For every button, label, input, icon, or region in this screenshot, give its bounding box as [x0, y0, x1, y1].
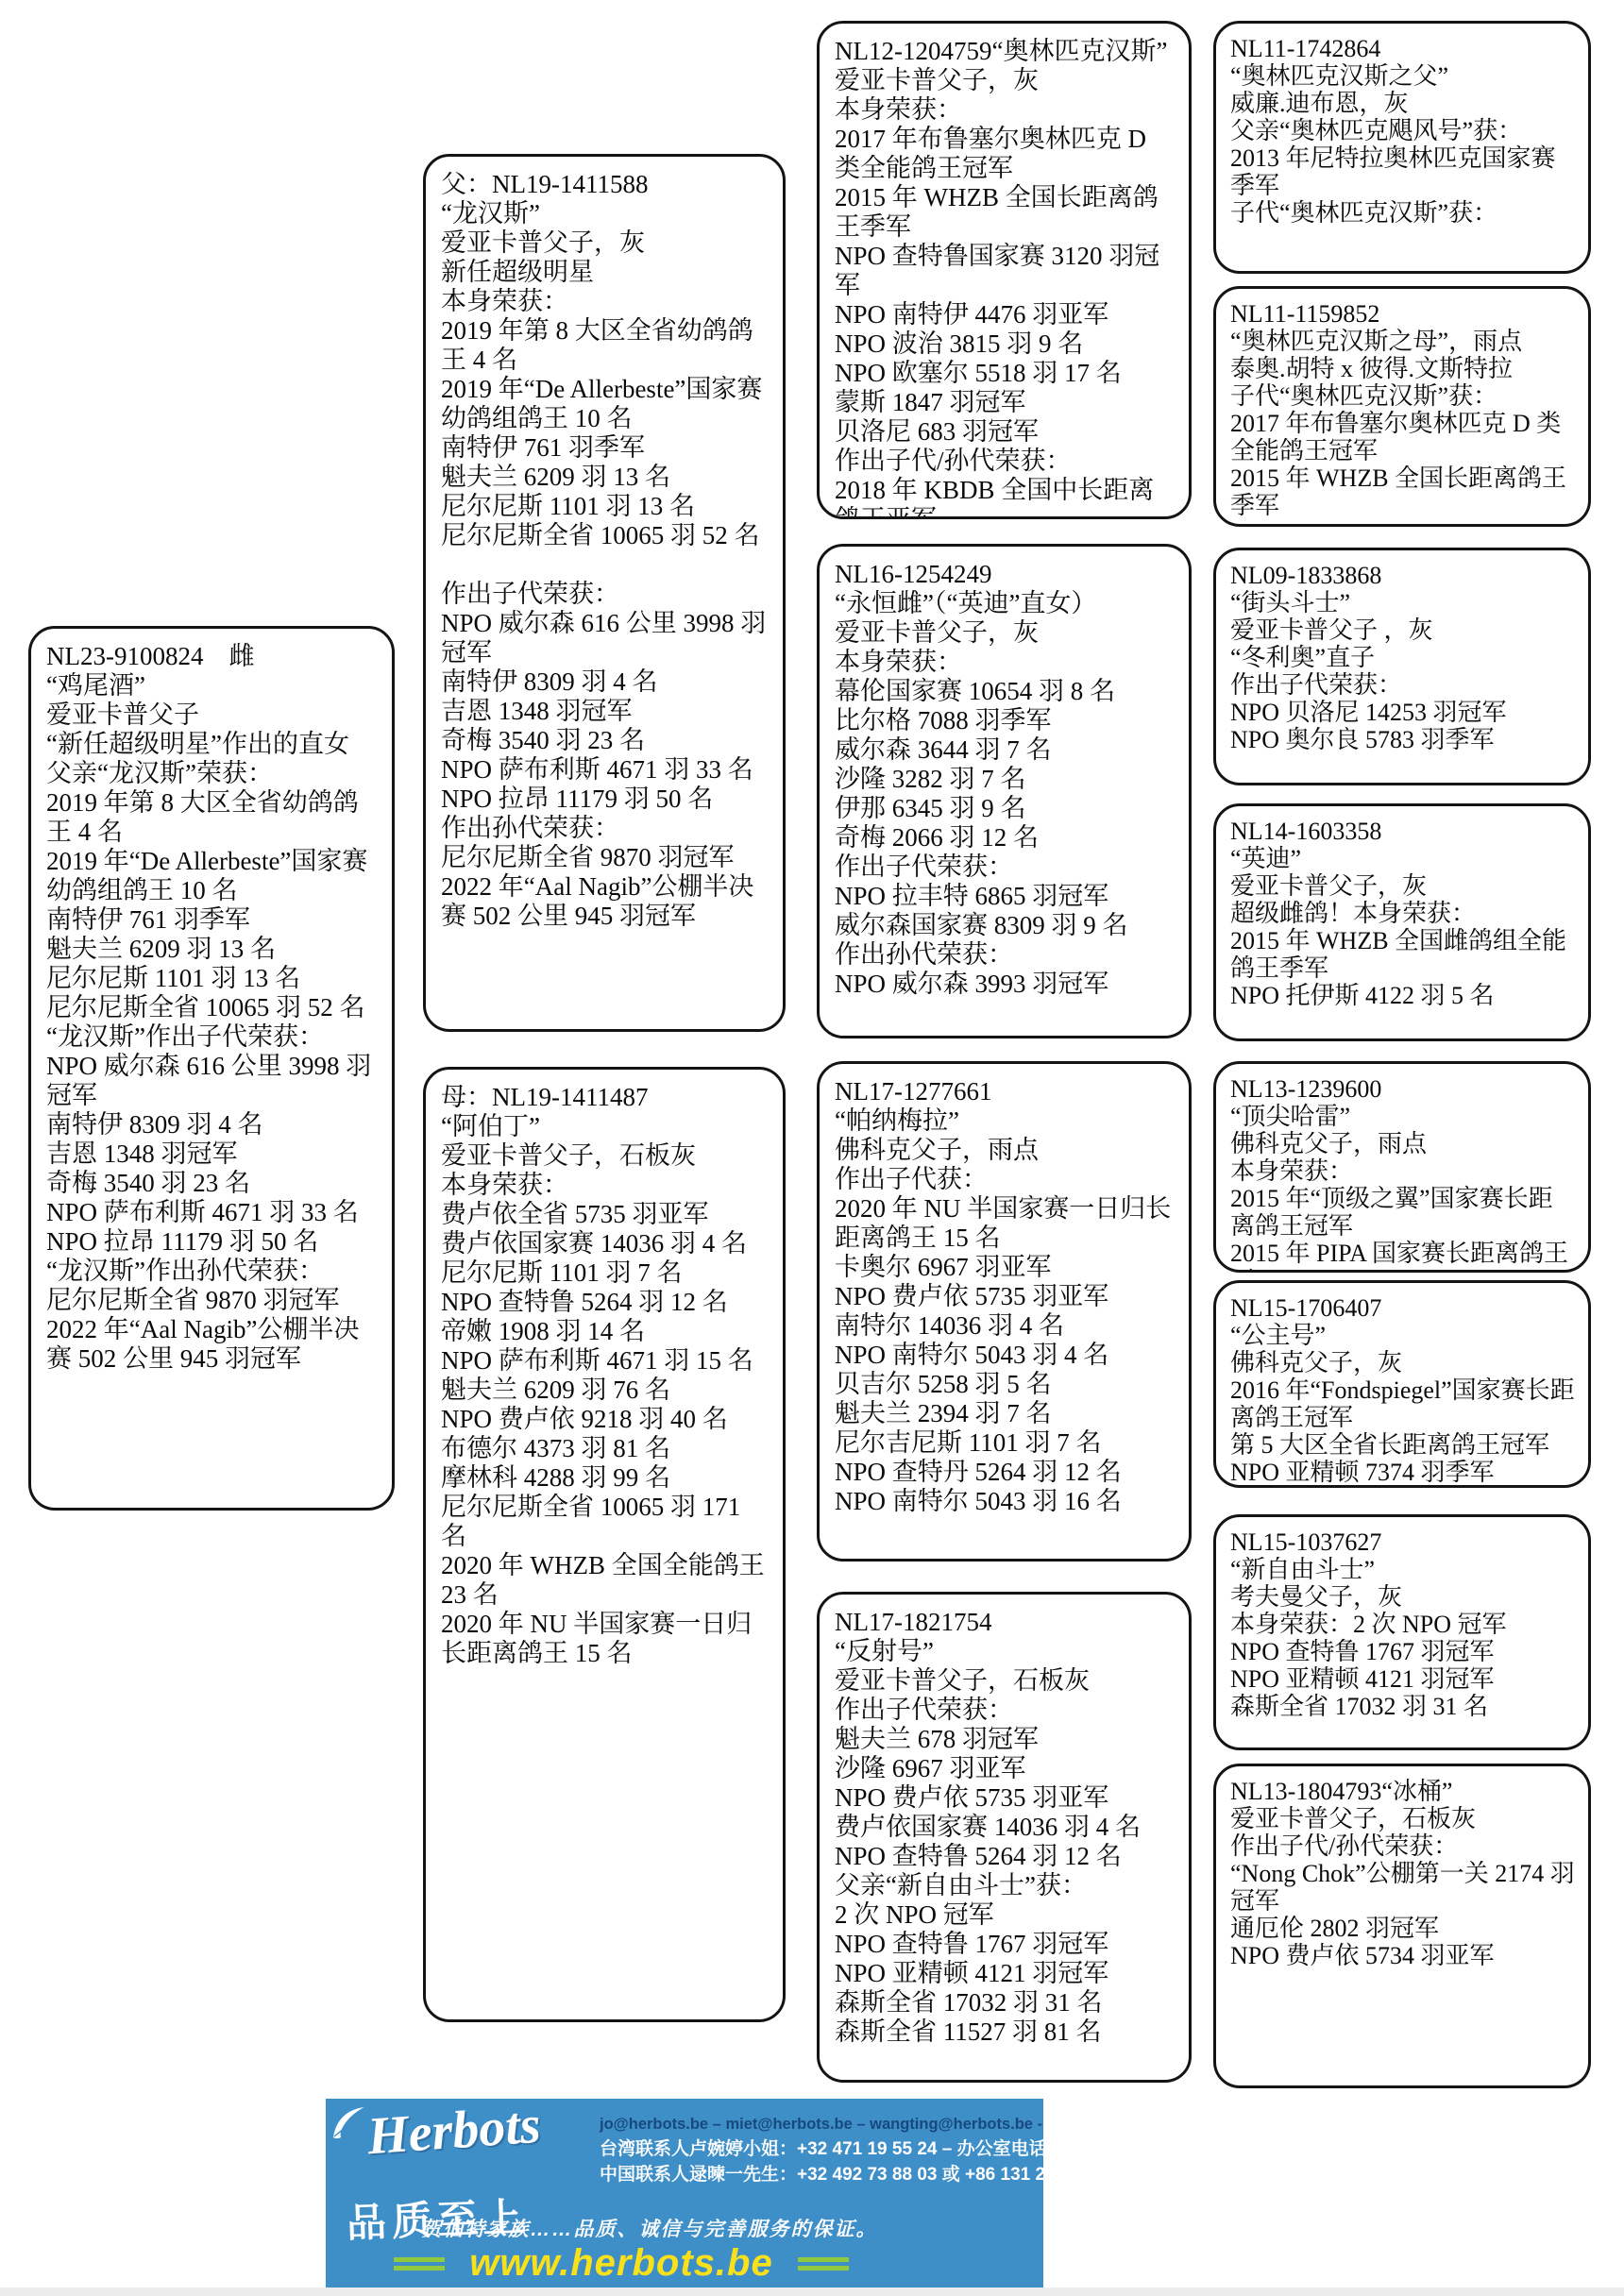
- pedigree-line: 本身荣获：: [441, 1171, 770, 1200]
- pedigree-line: 2015 年“顶级之翼”国家赛长距离鸽王冠军: [1230, 1185, 1577, 1240]
- pedigree-line: 摩林科 4288 羽 99 名: [441, 1463, 770, 1493]
- pedigree-line: NL16-1254249: [835, 560, 1176, 589]
- pedigree-line: NL15-1706407: [1230, 1294, 1577, 1322]
- pedigree-box-greatgrandparent-2: NL11-1159852“奥林匹克汉斯之母”，雨点泰奥.胡特 x 彼得.文斯特拉…: [1213, 286, 1591, 527]
- pedigree-line: “阿伯丁”: [441, 1112, 770, 1141]
- pedigree-line: 2017 年布鲁塞尔奥林匹克 D 类全能鸽王冠军: [835, 125, 1176, 183]
- contact-china: 中国联系人逯暕一先生：+32 492 73 88 03 或 +86 131 20…: [600, 2162, 1041, 2187]
- pedigree-line: NL17-1277661: [835, 1077, 1176, 1106]
- pedigree-line: NPO 亚精顿 7374 羽季军: [1230, 1459, 1577, 1486]
- pedigree-line: 2017 年布鲁塞尔奥林匹克 D 类全能鸽王冠军: [1230, 410, 1577, 464]
- pedigree-line: 尼尔尼斯 1101 羽 7 名: [441, 1258, 770, 1288]
- pedigree-line: 尼尔尼斯 1101 羽 13 名: [441, 492, 770, 521]
- contact-taiwan: 台湾联系人卢婉婷小姐：+32 471 19 55 24 – 办公室电话：+32 …: [600, 2136, 1041, 2162]
- pedigree-line: 2019 年“De Allerbeste”国家赛幼鸽组鸽王 10 名: [441, 375, 770, 433]
- pedigree-line: 尼尔尼斯全省 10065 羽 52 名: [46, 993, 379, 1022]
- pedigree-box-grandparent-3: NL17-1277661“帕纳梅拉”佛科克父子，雨点作出子代获：2020 年 N…: [817, 1061, 1192, 1562]
- pedigree-line: 作出孙代荣获：: [441, 814, 770, 843]
- pedigree-line: 卡奥尔 6967 羽亚军: [835, 1253, 1176, 1282]
- pedigree-line: NPO 托伊斯 4122 羽 5 名: [1230, 982, 1577, 1009]
- pedigree-box-greatgrandparent-7: NL15-1037627“新自由斗士”考夫曼父子，灰本身荣获：2 次 NPO 冠…: [1213, 1514, 1591, 1750]
- footer-tagline: 贺伯特家族……品质、诚信与完善服务的保证。: [326, 2214, 973, 2242]
- pedigree-line: 尼尔尼斯全省 10065 羽 52 名: [441, 521, 770, 550]
- pedigree-line: NPO 费卢依 5735 羽亚军: [835, 1783, 1176, 1813]
- pedigree-line: 作出子代/孙代荣获：: [835, 447, 1176, 476]
- contact-block: jo@herbots.be – miet@herbots.be – wangti…: [600, 2112, 1041, 2187]
- pedigree-line: [441, 550, 770, 580]
- pedigree-line: 爱亚卡普父子，灰: [835, 618, 1176, 648]
- pedigree-line: 2019 年第 8 大区全省幼鸽鸽王 4 名: [441, 316, 770, 375]
- pedigree-line: 母：NL19-1411487: [441, 1083, 770, 1112]
- pedigree-line: NPO 威尔森 616 公里 3998 羽冠军: [441, 609, 770, 667]
- pedigree-line: 爱亚卡普父子，灰: [1230, 872, 1577, 900]
- pedigree-box-greatgrandparent-3: NL09-1833868“街头斗士”爱亚卡普父子 ，灰“冬利奥”直子作出子代荣获…: [1213, 548, 1591, 785]
- pedigree-line: 子代“奥林匹克汉斯”获：: [1230, 199, 1577, 227]
- pedigree-line: “街头斗士”: [1230, 589, 1577, 616]
- pedigree-line: 爱亚卡普父子，石板灰: [441, 1141, 770, 1171]
- pedigree-line: “永恒雌”（“英迪”直女）: [835, 589, 1176, 618]
- pedigree-line: NPO 威尔森 3993 羽冠军: [835, 970, 1176, 999]
- pedigree-line: 爱亚卡普父子 ，灰: [1230, 616, 1577, 644]
- pedigree-line: 奇梅 3540 羽 23 名: [46, 1169, 379, 1198]
- pedigree-line: 2019 年第 8 大区全省幼鸽鸽王 4 名: [46, 788, 379, 847]
- pedigree-line: 2022 年“Aal Nagib”公棚半决赛 502 公里 945 羽冠军: [441, 872, 770, 931]
- pedigree-line: 2020 年 WHZB 全国全能鸽王 23 名: [441, 1551, 770, 1610]
- pedigree-line: NPO 南特尔 5043 羽 16 名: [835, 1487, 1176, 1516]
- pedigree-line: 尼尔吉尼斯 1101 羽 7 名: [835, 1428, 1176, 1458]
- page-bottom-edge: [0, 2288, 1624, 2296]
- pedigree-line: 本身荣获：: [441, 287, 770, 316]
- decorative-lines-left: [394, 2257, 445, 2271]
- pedigree-line: 魁夫兰 6209 羽 13 名: [46, 935, 379, 964]
- pedigree-line: 本身荣获：: [835, 648, 1176, 677]
- pedigree-line: 沙隆 3282 羽 7 名: [835, 765, 1176, 794]
- pedigree-line: 2015 年 WHZB 全国长距离鸽王季军: [835, 183, 1176, 242]
- pedigree-line: NL15-1037627: [1230, 1528, 1577, 1556]
- pedigree-line: “龙汉斯”作出子代荣获：: [46, 1022, 379, 1052]
- pedigree-line: NPO 萨布利斯 4671 羽 33 名: [46, 1198, 379, 1227]
- pedigree-line: NL14-1603358: [1230, 818, 1577, 845]
- pedigree-line: 父亲“新自由斗士”获：: [835, 1871, 1176, 1900]
- pedigree-line: 父亲“龙汉斯”荣获：: [46, 759, 379, 788]
- pedigree-line: 作出子代荣获：: [835, 1696, 1176, 1725]
- pedigree-line: 威尔森国家赛 8309 羽 9 名: [835, 911, 1176, 940]
- pedigree-line: “公主号”: [1230, 1322, 1577, 1349]
- pedigree-line: 蒙斯 1847 羽冠军: [835, 388, 1176, 417]
- pedigree-line: 新任超级明星: [441, 258, 770, 287]
- pedigree-line: 爱亚卡普父子，石板灰: [1230, 1805, 1577, 1832]
- pedigree-line: “鸡尾酒”: [46, 671, 379, 701]
- pedigree-line: 吉恩 1348 羽冠军: [46, 1140, 379, 1169]
- pedigree-line: 作出孙代荣获：: [835, 940, 1176, 970]
- pedigree-line: 通厄伦 2802 羽冠军: [1230, 1915, 1577, 1942]
- pedigree-line: 2015 年 PIPA 国家赛长距离鸽王亚: [1230, 1240, 1577, 1273]
- pedigree-line: “冬利奥”直子: [1230, 644, 1577, 671]
- contact-emails: jo@herbots.be – miet@herbots.be – wangti…: [600, 2112, 1041, 2136]
- pedigree-line: 2016 年“Fondspiegel”国家赛长距离鸽王冠军: [1230, 1376, 1577, 1431]
- pedigree-line: “新自由斗士”: [1230, 1556, 1577, 1583]
- pedigree-line: 2018 年 KBDB 全国中长距离鸽王亚军: [835, 476, 1176, 519]
- pedigree-line: 南特伊 8309 羽 4 名: [441, 667, 770, 697]
- pedigree-line: NPO 萨布利斯 4671 羽 33 名: [441, 755, 770, 785]
- pedigree-line: NPO 欧塞尔 5518 羽 17 名: [835, 359, 1176, 388]
- pedigree-line: 魁夫兰 6209 羽 76 名: [441, 1376, 770, 1405]
- pedigree-line: “奥林匹克汉斯之父”: [1230, 62, 1577, 90]
- pedigree-line: 爱亚卡普父子: [46, 701, 379, 730]
- pedigree-line: 比尔格 7088 羽季军: [835, 706, 1176, 735]
- pedigree-line: 爱亚卡普父子，石板灰: [835, 1666, 1176, 1696]
- pedigree-box-greatgrandparent-4: NL14-1603358“英迪”爱亚卡普父子，灰超级雌鸽！本身荣获：2015 年…: [1213, 803, 1591, 1041]
- pedigree-line: 子代“奥林匹克汉斯”获：: [1230, 382, 1577, 410]
- pedigree-line: 作出子代/孙代荣获：: [1230, 1832, 1577, 1860]
- pedigree-line: 作出子代荣获：: [441, 580, 770, 609]
- pedigree-canvas: NL23-9100824 雌“鸡尾酒”爱亚卡普父子“新任超级明星”作出的直女父亲…: [0, 0, 1624, 2296]
- pedigree-line: 父：NL19-1411588: [441, 170, 770, 199]
- footer-banner: Herbots 品质至上 jo@herbots.be – miet@herbot…: [326, 2099, 1043, 2288]
- pedigree-line: 吉恩 1348 羽冠军: [441, 697, 770, 726]
- pedigree-line: NL17-1821754: [835, 1608, 1176, 1637]
- pedigree-line: NL11-1159852: [1230, 300, 1577, 328]
- pedigree-line: NPO 拉昂 11179 羽 50 名: [46, 1227, 379, 1257]
- pedigree-box-grandparent-2: NL16-1254249“永恒雌”（“英迪”直女）爱亚卡普父子，灰本身荣获：幕伦…: [817, 544, 1192, 1038]
- decorative-lines-right: [798, 2257, 849, 2271]
- pedigree-line: 帝嫩 1908 羽 14 名: [441, 1317, 770, 1346]
- pedigree-line: NL12-1204759“奥林匹克汉斯”: [835, 37, 1176, 66]
- pedigree-line: “Nong Chok”公棚第一关 2174 羽冠军: [1230, 1860, 1577, 1915]
- pedigree-line: 佛科克父子，雨点: [1230, 1130, 1577, 1157]
- pedigree-line: 森斯全省 17032 羽 31 名: [835, 1988, 1176, 2017]
- pedigree-box-grandparent-1: NL12-1204759“奥林匹克汉斯”爱亚卡普父子，灰本身荣获：2017 年布…: [817, 21, 1192, 519]
- pedigree-line: NPO 贝洛尼 14253 羽冠军: [1230, 699, 1577, 726]
- pedigree-line: NL13-1804793“冰桶”: [1230, 1778, 1577, 1805]
- pedigree-line: NPO 查特鲁 5264 羽 12 名: [441, 1288, 770, 1317]
- pedigree-line: NPO 费卢依 5734 羽亚军: [1230, 1942, 1577, 1969]
- pedigree-line: 南特伊 8309 羽 4 名: [46, 1110, 379, 1140]
- pedigree-line: 费卢依国家赛 14036 羽 4 名: [835, 1813, 1176, 1842]
- pedigree-line: 南特伊 761 羽季军: [441, 433, 770, 463]
- pedigree-line: NPO 拉昂 11179 羽 50 名: [441, 785, 770, 814]
- pedigree-line: 魁夫兰 6209 羽 13 名: [441, 463, 770, 492]
- pedigree-line: “新任超级明星”作出的直女: [46, 730, 379, 759]
- pedigree-line: 本身荣获：: [835, 95, 1176, 125]
- pedigree-line: 2015 年 WHZB 全国雌鸽组全能鸽王季军: [1230, 927, 1577, 982]
- pedigree-line: NPO 查特鲁 1767 羽冠军: [835, 1930, 1176, 1959]
- pedigree-line: 尼尔尼斯全省 9870 羽冠军: [441, 843, 770, 872]
- pedigree-box-greatgrandparent-1: NL11-1742864“奥林匹克汉斯之父”威廉.迪布恩，灰父亲“奥林匹克飓风号…: [1213, 21, 1591, 274]
- pedigree-line: 魁夫兰 678 羽冠军: [835, 1725, 1176, 1754]
- pedigree-line: NL09-1833868: [1230, 562, 1577, 589]
- pedigree-line: NPO 费卢依 9218 羽 40 名: [441, 1405, 770, 1434]
- brand-logo-text: Herbots: [365, 2099, 543, 2167]
- pedigree-line: 南特伊 761 羽季军: [46, 905, 379, 935]
- pedigree-line: NPO 南特伊 4476 羽亚军: [835, 300, 1176, 329]
- pedigree-line: 考夫曼父子，灰: [1230, 1583, 1577, 1611]
- pedigree-line: 贝吉尔 5258 羽 5 名: [835, 1370, 1176, 1399]
- pedigree-line: “顶尖哈雷”: [1230, 1103, 1577, 1130]
- pedigree-line: 佛科克父子，灰: [1230, 1349, 1577, 1376]
- pedigree-line: 2020 年 NU 半国家赛一日归长距离鸽王 15 名: [835, 1194, 1176, 1253]
- pedigree-line: 爱亚卡普父子，灰: [835, 66, 1176, 95]
- pedigree-line: 佛科克父子，雨点: [835, 1136, 1176, 1165]
- pedigree-line: NPO 奥尔良 5783 羽季军: [1230, 726, 1577, 753]
- pedigree-line: 2020 年 NU 半国家赛一日归长距离鸽王 15 名: [441, 1610, 770, 1668]
- pedigree-line: 2019 年“De Allerbeste”国家赛幼鸽组鸽王 10 名: [46, 847, 379, 905]
- pedigree-line: 布德尔 4373 羽 81 名: [441, 1434, 770, 1463]
- pedigree-box-subject: NL23-9100824 雌“鸡尾酒”爱亚卡普父子“新任超级明星”作出的直女父亲…: [28, 626, 395, 1511]
- pedigree-line: 泰奥.胡特 x 彼得.文斯特拉: [1230, 355, 1577, 382]
- pedigree-line: 魁夫兰 2394 羽 7 名: [835, 1399, 1176, 1428]
- pedigree-box-greatgrandparent-6: NL15-1706407“公主号”佛科克父子，灰2016 年“Fondspieg…: [1213, 1280, 1591, 1488]
- pedigree-line: 2015 年 WHZB 全国长距离鸽王季军: [1230, 464, 1577, 519]
- pedigree-line: “反射号”: [835, 1637, 1176, 1666]
- pedigree-line: NPO 亚精顿 4121 羽冠军: [1230, 1665, 1577, 1693]
- pedigree-line: 第 5 大区全省长距离鸽王冠军: [1230, 1431, 1577, 1459]
- pedigree-line: NPO 查特丹 5264 羽 12 名: [835, 1458, 1176, 1487]
- pedigree-line: NL13-1239600: [1230, 1075, 1577, 1103]
- pedigree-line: NPO 拉丰特 6865 羽冠军: [835, 882, 1176, 911]
- pedigree-line: 本身荣获：2 次 NPO 冠军: [1230, 1611, 1577, 1638]
- pedigree-line: 本身荣获：: [1230, 1157, 1577, 1185]
- pedigree-line: 森斯全省 11527 羽 81 名: [835, 2017, 1176, 2047]
- pedigree-line: “奥林匹克汉斯之母”，雨点: [1230, 328, 1577, 355]
- pedigree-line: 费卢依全省 5735 羽亚军: [441, 1200, 770, 1229]
- feather-icon: [330, 2104, 367, 2147]
- pedigree-line: NPO 萨布利斯 4671 羽 15 名: [441, 1346, 770, 1376]
- pedigree-line: 作出子代荣获：: [1230, 671, 1577, 699]
- pedigree-line: 奇梅 3540 羽 23 名: [441, 726, 770, 755]
- pedigree-line: NPO 波治 3815 羽 9 名: [835, 329, 1176, 359]
- pedigree-line: 森斯全省 17032 羽 31 名: [1230, 1693, 1577, 1720]
- website-url: www.herbots.be: [469, 2242, 772, 2285]
- pedigree-line: 伊那 6345 羽 9 名: [835, 794, 1176, 823]
- pedigree-line: “龙汉斯”作出孙代荣获：: [46, 1257, 379, 1286]
- pedigree-box-greatgrandparent-8: NL13-1804793“冰桶”爱亚卡普父子，石板灰作出子代/孙代荣获：“Non…: [1213, 1764, 1591, 2088]
- pedigree-line: 超级雌鸽！本身荣获：: [1230, 900, 1577, 927]
- pedigree-line: “帕纳梅拉”: [835, 1106, 1176, 1136]
- pedigree-line: NL11-1742864: [1230, 35, 1577, 62]
- website-row: www.herbots.be: [326, 2242, 917, 2285]
- pedigree-line: “英迪”: [1230, 845, 1577, 872]
- pedigree-line: NPO 亚精顿 4121 羽冠军: [835, 1959, 1176, 1988]
- pedigree-line: 爱亚卡普父子，灰: [441, 228, 770, 258]
- pedigree-line: NPO 查特鲁国家赛 3120 羽冠军: [835, 242, 1176, 300]
- pedigree-line: 奇梅 2066 羽 12 名: [835, 823, 1176, 853]
- pedigree-line: 尼尔尼斯全省 9870 羽冠军: [46, 1286, 379, 1315]
- pedigree-box-mother: 母：NL19-1411487“阿伯丁”爱亚卡普父子，石板灰本身荣获：费卢依全省 …: [423, 1067, 786, 2022]
- pedigree-line: 作出子代荣获：: [835, 853, 1176, 882]
- pedigree-line: NPO 南特尔 5043 羽 4 名: [835, 1341, 1176, 1370]
- pedigree-box-grandparent-4: NL17-1821754“反射号”爱亚卡普父子，石板灰作出子代荣获：魁夫兰 67…: [817, 1592, 1192, 2083]
- pedigree-line: 作出子代获：: [835, 1165, 1176, 1194]
- pedigree-line: 沙隆 6967 羽亚军: [835, 1754, 1176, 1783]
- pedigree-line: 贝洛尼 683 羽冠军: [835, 417, 1176, 447]
- pedigree-line: 2013 年尼特拉奥林匹克国家赛季军: [1230, 144, 1577, 199]
- pedigree-line: NPO 查特鲁 5264 羽 12 名: [835, 1842, 1176, 1871]
- pedigree-line: NPO 查特鲁 1767 羽冠军: [1230, 1638, 1577, 1665]
- pedigree-line: NL23-9100824 雌: [46, 642, 379, 671]
- pedigree-line: 南特尔 14036 羽 4 名: [835, 1311, 1176, 1341]
- pedigree-line: 尼尔尼斯全省 10065 羽 171 名: [441, 1493, 770, 1551]
- pedigree-line: 2022 年“Aal Nagib”公棚半决赛 502 公里 945 羽冠军: [46, 1315, 379, 1374]
- pedigree-line: 幕伦国家赛 10654 羽 8 名: [835, 677, 1176, 706]
- pedigree-line: 父亲“奥林匹克飓风号”获：: [1230, 117, 1577, 144]
- pedigree-line: “龙汉斯”: [441, 199, 770, 228]
- pedigree-box-greatgrandparent-5: NL13-1239600“顶尖哈雷”佛科克父子，雨点本身荣获：2015 年“顶级…: [1213, 1061, 1591, 1273]
- pedigree-line: 2 次 NPO 冠军: [835, 1900, 1176, 1930]
- pedigree-line: 威尔森 3644 羽 7 名: [835, 735, 1176, 765]
- pedigree-line: NPO 费卢依 5735 羽亚军: [835, 1282, 1176, 1311]
- pedigree-line: NPO 威尔森 616 公里 3998 羽冠军: [46, 1052, 379, 1110]
- pedigree-box-father: 父：NL19-1411588“龙汉斯”爱亚卡普父子，灰新任超级明星本身荣获：20…: [423, 154, 786, 1032]
- pedigree-line: 威廉.迪布恩，灰: [1230, 90, 1577, 117]
- pedigree-line: 尼尔尼斯 1101 羽 13 名: [46, 964, 379, 993]
- pedigree-line: 费卢依国家赛 14036 羽 4 名: [441, 1229, 770, 1258]
